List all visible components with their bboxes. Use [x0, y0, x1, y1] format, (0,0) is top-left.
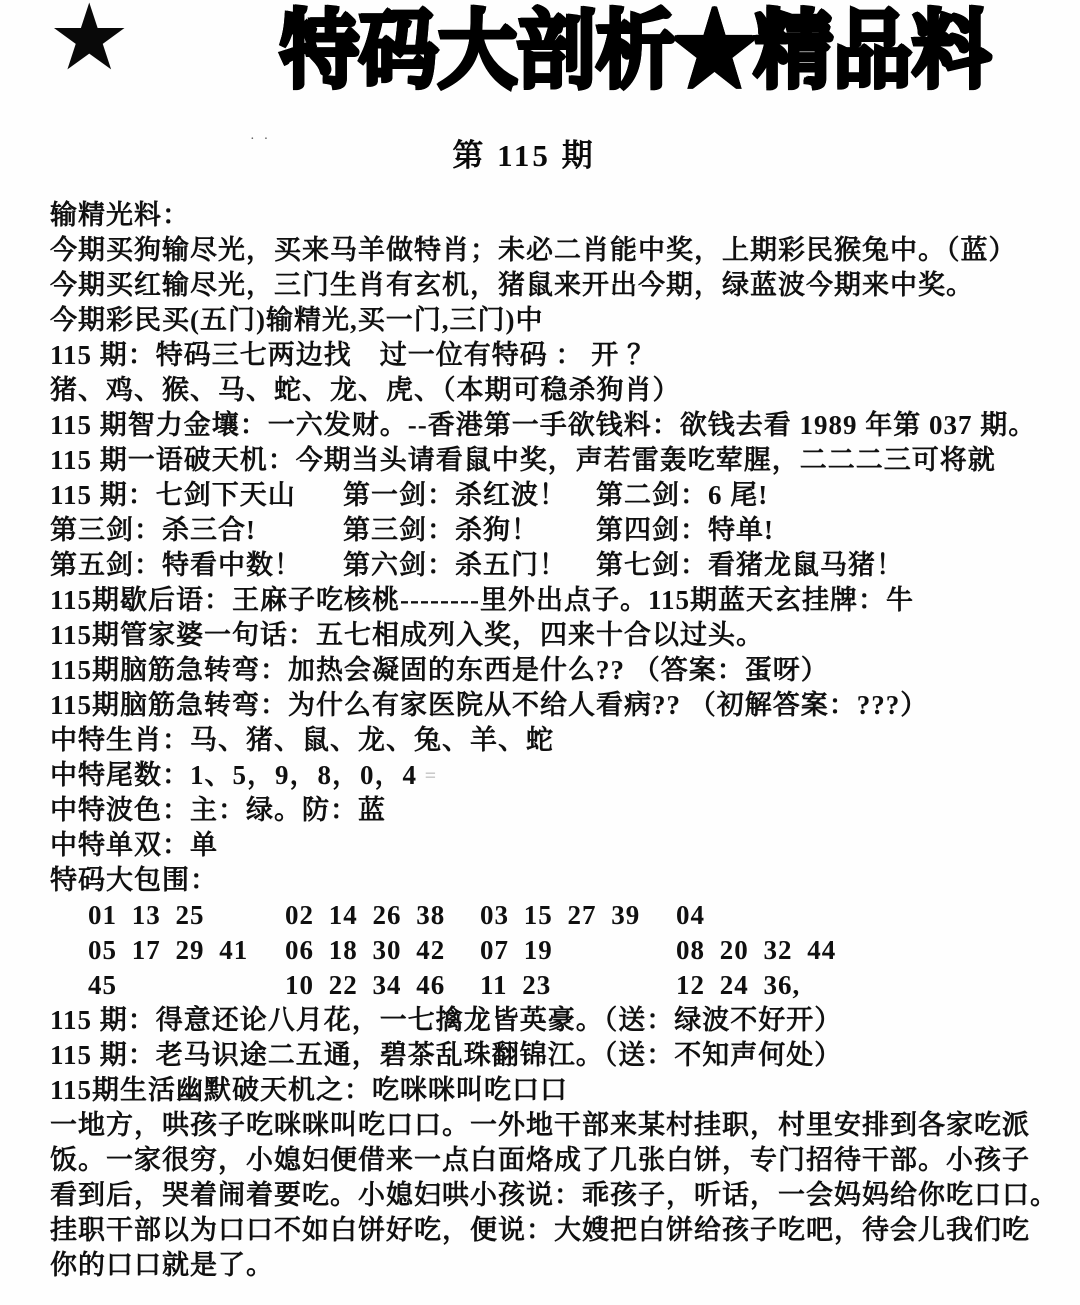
intro-line: 输精光料： [50, 198, 1062, 233]
numbers-cell: 07 19 [480, 933, 676, 968]
intro-line: 今期彩民买(五门)输精光,买一门,三门)中 [50, 303, 1062, 338]
numbers-cell: 02 14 26 38 [285, 898, 480, 933]
numbers-row: 45 10 22 34 46 11 23 12 24 36, [88, 968, 1062, 1003]
tips-line: 115期脑筋急转弯：为什么有家医院从不给人看病?? （初解答案：???） [50, 688, 1062, 723]
sword-cell: 第四剑：特单! [596, 513, 1062, 548]
swords-row: 第五剑：特看中数！ 第六剑：杀五门！ 第七剑：看猪龙鼠马猪！ [50, 548, 1062, 583]
issue-header-row: 第 115 期 [0, 130, 1048, 175]
story-line: 看到后，哭着闹着要吃。小媳妇哄小孩说：乖孩子，听话，一会妈妈给你吃口口。 [50, 1178, 1062, 1213]
sheet-body: 输精光料： 今期买狗输尽光，买来马羊做特肖；未必二肖能中奖，上期彩民猴兔中。（蓝… [50, 198, 1062, 1283]
page-title: 特码大剖析★精品料 [280, 2, 991, 104]
scan-artifact: = [425, 765, 434, 787]
story-line: 饭。一家很穷，小媳妇便借来一点白面烙成了几张白饼，专门招待干部。小孩子 [50, 1143, 1062, 1178]
numbers-row: 01 13 25 02 14 26 38 03 15 27 39 04 [88, 898, 1062, 933]
sword-cell: 第七剑：看猪龙鼠马猪！ [596, 548, 1062, 583]
tips-line: 中特生肖：马、猪、鼠、龙、兔、羊、蛇 [50, 723, 1062, 758]
story-line: 你的口口就是了。 [50, 1248, 1062, 1283]
tips-line-tail-numbers: 中特尾数：1、5，9，8，0，4 = [50, 758, 1062, 793]
humor-title-line: 115期生活幽默破天机之：吃咪咪叫吃口口 [50, 1073, 1062, 1108]
verse-line: 115 期：得意还论八月花，一七擒龙皆英豪。（送：绿波不好开） [50, 1003, 1062, 1038]
story-line: 一地方，哄孩子吃咪咪叫吃口口。一外地干部来某村挂职，村里安排到各家吃派 [50, 1108, 1062, 1143]
swords-row: 115 期：七剑下天山 第一剑：杀红波！ 第二剑：6 尾! [50, 478, 1062, 513]
intro-line: 今期买红输尽光，三门生肖有玄机，猪鼠来开出今期，绿蓝波今期来中奖。 [50, 268, 1062, 303]
sword-cell: 第三剑：杀狗！ [343, 513, 596, 548]
swords-row: 第三剑：杀三合! 第三剑：杀狗！ 第四剑：特单! [50, 513, 1062, 548]
intro-line: 115 期智力金壤：一六发财。--香港第一手欲钱料：欲钱去看 1989 年第 0… [50, 408, 1062, 443]
tips-line: 115期脑筋急转弯：加热会凝固的东西是什么?? （答案：蛋呀） [50, 653, 1062, 688]
numbers-cell: 06 18 30 42 [285, 933, 480, 968]
tips-line: 中特单双：单 [50, 828, 1062, 863]
numbers-cell: 12 24 36, [676, 968, 1062, 1003]
numbers-cell: 01 13 25 [88, 898, 285, 933]
numbers-cell: 08 20 32 44 [676, 933, 1062, 968]
numbers-row: 05 17 29 41 06 18 30 42 07 19 08 20 32 4… [88, 933, 1062, 968]
star-icon: ★ [48, 0, 130, 84]
intro-line: 115 期：特码三七两边找 过一位有特码 ： 开 ？ [50, 338, 1062, 373]
numbers-cell: 11 23 [480, 968, 676, 1003]
tips-line: 特码大包围： [50, 863, 1062, 898]
tips-line: 115期管家婆一句话：五七相成列入奖，四来十合以过头。 [50, 618, 1062, 653]
sword-cell: 第二剑：6 尾! [596, 478, 1062, 513]
numbers-cell: 03 15 27 39 [480, 898, 676, 933]
sword-cell: 第一剑：杀红波！ [343, 478, 596, 513]
intro-line: 今期买狗输尽光，买来马羊做特肖；未必二肖能中奖，上期彩民猴兔中。（蓝） [50, 233, 1062, 268]
sword-cell: 115 期：七剑下天山 [50, 478, 343, 513]
tips-line: 115期歇后语：王麻子吃核桃--------里外出点子。115期蓝天玄挂牌：牛 [50, 583, 1062, 618]
intro-line: 115 期一语破天机：今期当头请看鼠中奖，声若雷轰吃荤腥，二二二三可将就 [50, 443, 1062, 478]
story-line: 挂职干部以为口口不如白饼好吃，便说：大嫂把白饼给孩子吃吧，待会儿我们吃 [50, 1213, 1062, 1248]
numbers-cell: 45 [88, 968, 285, 1003]
numbers-cell: 10 22 34 46 [285, 968, 480, 1003]
intro-line: 猪、鸡、猴、马、蛇、龙、虎、（本期可稳杀狗肖） [50, 373, 1062, 408]
sword-cell: 第五剑：特看中数！ [50, 548, 343, 583]
scanned-lottery-sheet: ★ 特码大剖析★精品料 ·· 第 115 期 输精光料： 今期买狗输尽光，买来马… [0, 0, 1080, 1305]
issue-number: 第 115 期 [452, 138, 595, 173]
sword-cell: 第三剑：杀三合! [50, 513, 343, 548]
tail-numbers-text: 中特尾数：1、5，9，8，0，4 [50, 760, 417, 790]
tips-line: 中特波色：主：绿。防：蓝 [50, 793, 1062, 828]
sword-cell: 第六剑：杀五门！ [343, 548, 596, 583]
verse-line: 115 期：老马识途二五通，碧茶乱珠翻锦江。（送：不知声何处） [50, 1038, 1062, 1073]
numbers-cell: 05 17 29 41 [88, 933, 285, 968]
numbers-cell: 04 [676, 898, 1062, 933]
